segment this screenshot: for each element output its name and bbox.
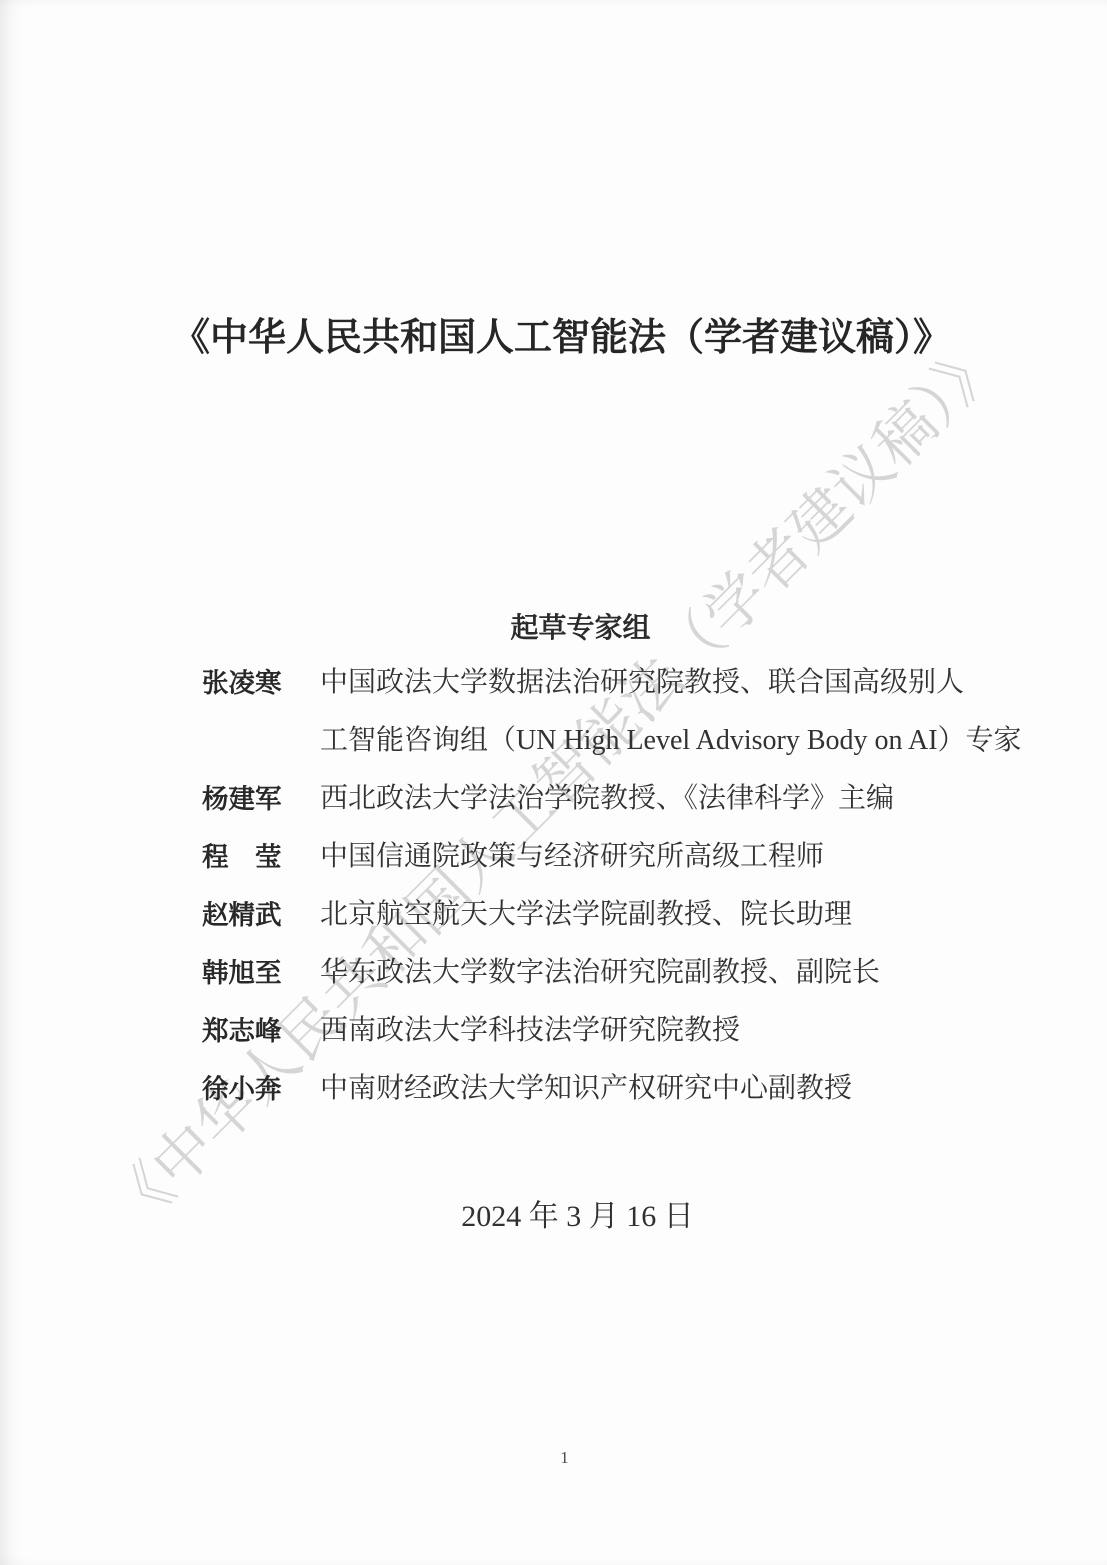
expert-row: 程 莹中国信通院政策与经济研究所高级工程师	[202, 828, 982, 886]
expert-row: 郑志峰西南政法大学科技法学研究院教授	[202, 1002, 982, 1060]
affiliation-line: 北京航空航天大学法学院副教授、院长助理	[320, 886, 982, 944]
affiliation-line: 华东政法大学数字法治研究院副教授、副院长	[320, 944, 982, 1002]
document-page: 《中华人民共和国人工智能法（学者建议稿）》 《中华人民共和国人工智能法（学者建议…	[0, 0, 1107, 1565]
expert-name: 赵精武	[202, 886, 282, 944]
expert-row: 杨建军西北政法大学法治学院教授、《法律科学》主编	[202, 770, 982, 828]
expert-name: 郑志峰	[202, 1002, 282, 1060]
affiliation-line: 西南政法大学科技法学研究院教授	[320, 1002, 982, 1060]
expert-affiliation: 中南财经政法大学知识产权研究中心副教授	[320, 1060, 982, 1118]
expert-name: 韩旭至	[202, 944, 282, 1002]
page-number: 1	[11, 1448, 1107, 1468]
document-date: 2024 年 3 月 16 日	[24, 1191, 1107, 1235]
expert-name: 杨建军	[202, 770, 282, 828]
expert-name: 程 莹	[202, 828, 282, 886]
expert-row: 赵精武北京航空航天大学法学院副教授、院长助理	[202, 886, 982, 944]
affiliation-line: 中国政法大学数据法治研究院教授、联合国高级别人	[320, 654, 1022, 712]
affiliation-line: 中南财经政法大学知识产权研究中心副教授	[320, 1060, 982, 1118]
expert-affiliation: 北京航空航天大学法学院副教授、院长助理	[320, 886, 982, 944]
document-title: 《中华人民共和国人工智能法（学者建议稿）》	[8, 306, 1107, 361]
expert-row: 张凌寒中国政法大学数据法治研究院教授、联合国高级别人工智能咨询组（UN High…	[202, 654, 982, 770]
experts-list: 张凌寒中国政法大学数据法治研究院教授、联合国高级别人工智能咨询组（UN High…	[202, 654, 982, 1118]
expert-name: 徐小奔	[202, 1060, 282, 1118]
affiliation-line: 中国信通院政策与经济研究所高级工程师	[320, 828, 982, 886]
expert-row: 韩旭至华东政法大学数字法治研究院副教授、副院长	[202, 944, 982, 1002]
expert-affiliation: 中国信通院政策与经济研究所高级工程师	[320, 828, 982, 886]
expert-affiliation: 西北政法大学法治学院教授、《法律科学》主编	[320, 770, 982, 828]
expert-affiliation: 中国政法大学数据法治研究院教授、联合国高级别人工智能咨询组（UN High Le…	[320, 654, 1022, 770]
expert-affiliation: 华东政法大学数字法治研究院副教授、副院长	[320, 944, 982, 1002]
expert-name: 张凌寒	[202, 654, 282, 712]
drafting-group-heading: 起草专家组	[27, 606, 1107, 646]
affiliation-line: 西北政法大学法治学院教授、《法律科学》主编	[320, 770, 982, 828]
affiliation-line: 工智能咨询组（UN High Level Advisory Body on AI…	[320, 712, 1022, 770]
expert-affiliation: 西南政法大学科技法学研究院教授	[320, 1002, 982, 1060]
expert-row: 徐小奔中南财经政法大学知识产权研究中心副教授	[202, 1060, 982, 1118]
